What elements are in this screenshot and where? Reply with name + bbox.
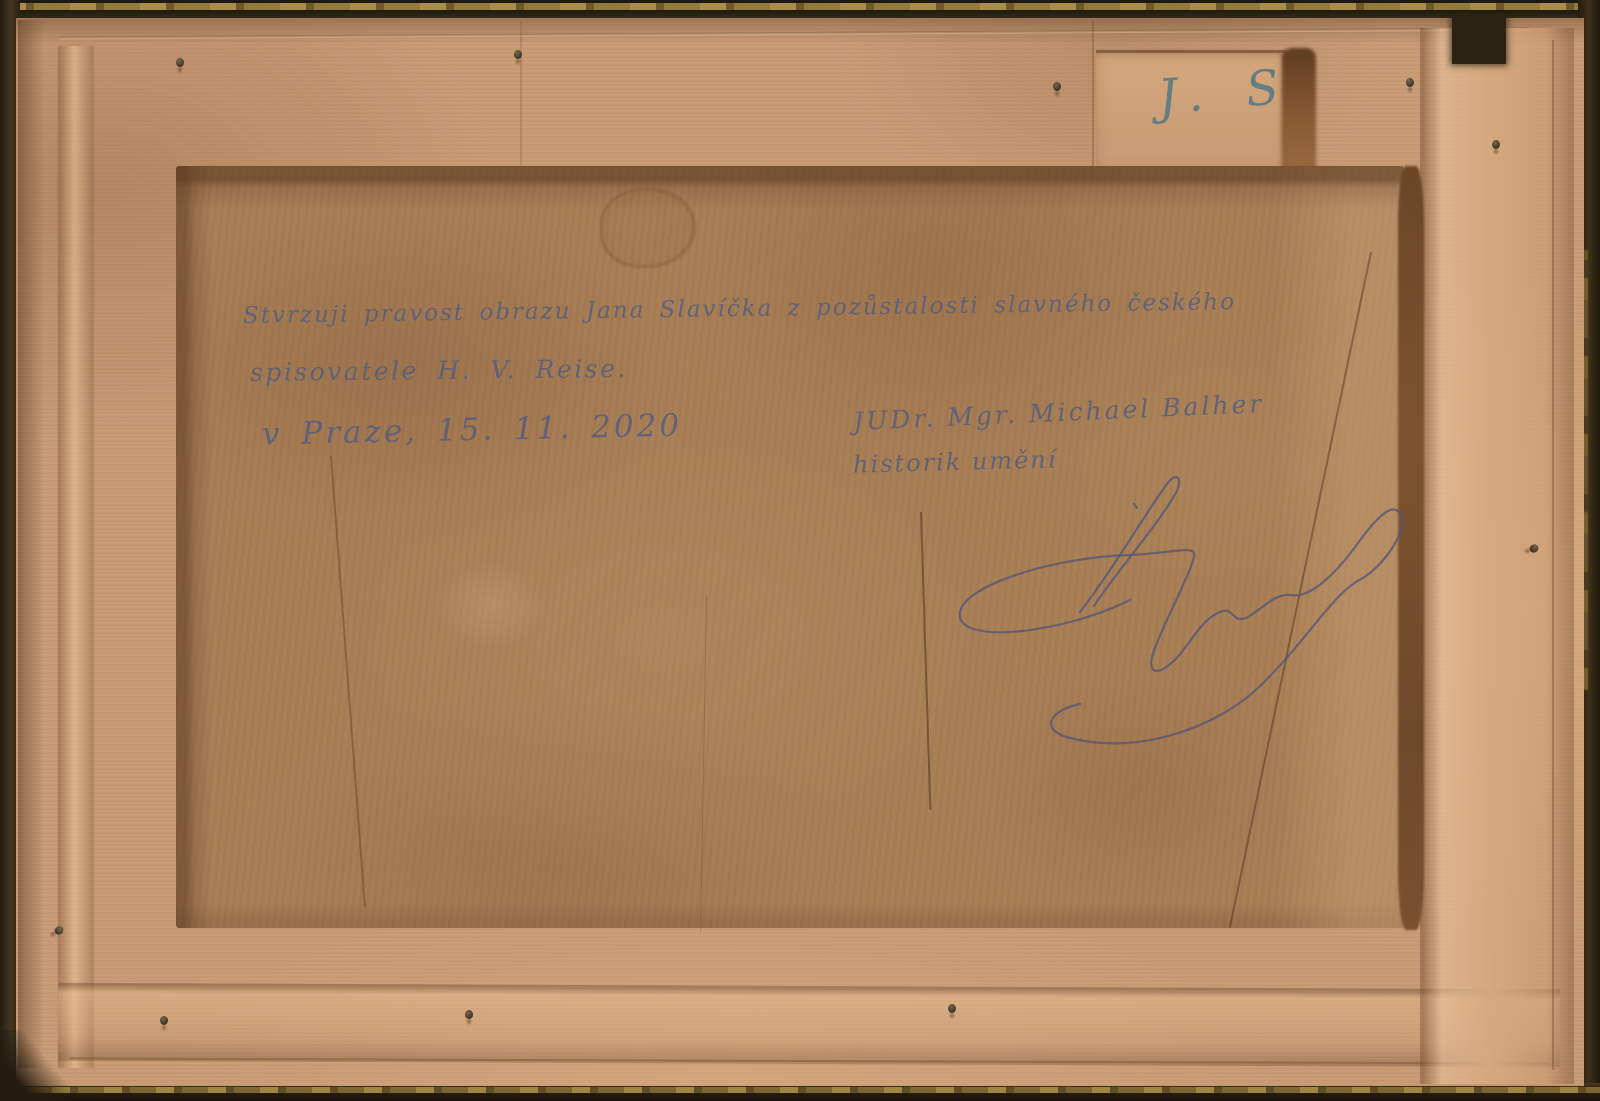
- frame-gilding-top: [0, 3, 1600, 10]
- frame-corner-bottom-left: [0, 1030, 74, 1101]
- nail: [1492, 140, 1500, 149]
- inscription-line-2: spisovatele H. V. Reise.: [250, 354, 628, 387]
- paper-fold-left: [58, 46, 94, 1068]
- paper-flap-right-crease: [1552, 40, 1554, 1070]
- expert-signature: [930, 438, 1410, 748]
- nail: [465, 1010, 473, 1019]
- monogram-initials: J. S: [1156, 58, 1295, 126]
- frame-gilding-bottom: [0, 1087, 1600, 1093]
- paper-flap-right: [1420, 28, 1574, 1084]
- nail: [160, 1016, 168, 1025]
- nail: [1406, 78, 1414, 87]
- scuff-mark: [430, 560, 550, 650]
- nail: [1053, 82, 1061, 91]
- frame-gap-top-right: [1452, 16, 1506, 64]
- paper-shadow-left: [18, 20, 44, 1068]
- torn-window-crease: [1092, 20, 1094, 172]
- paper-seam-top: [520, 22, 522, 168]
- nail: [176, 58, 184, 67]
- nail: [948, 1004, 956, 1013]
- nail: [514, 50, 522, 59]
- framed-painting-back-photo: Stvrzuji pravost obrazu Jana Slavíčka z …: [0, 0, 1600, 1101]
- paper-fold-bottom: [58, 983, 1560, 1068]
